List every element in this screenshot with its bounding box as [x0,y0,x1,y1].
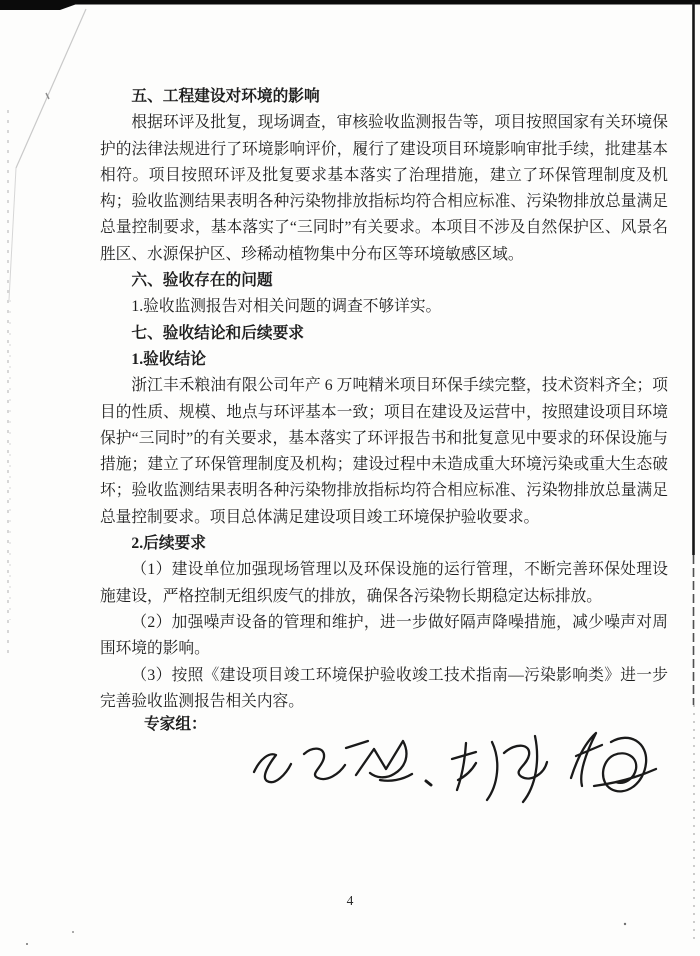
section-heading-5: 五、工程建设对环境的影响 [100,84,668,110]
handwritten-signature-3 [571,733,656,791]
handwritten-signature-1 [254,741,431,785]
section-6-paragraph: 1.验收监测报告对相关问题的调查不够详实。 [100,294,668,320]
scan-left-edge [8,110,10,660]
expert-signature-block: 专家组： [100,712,668,734]
conclusion-paragraph: 浙江丰禾粮油有限公司年产 6 万吨精米项目环保手续完整，技术资料齐全；项目的性质… [100,373,668,531]
followup-item-1: （1）建设单位加强现场管理以及环保设施的运行管理，不断完善环保处理设施建设，严格… [100,557,668,610]
followup-item-3: （3）按照《建设项目竣工环境保护验收竣工技术指南—污染影响类》进一步完善验收监测… [100,663,668,716]
section-heading-6: 六、验收存在的问题 [100,268,668,294]
scan-top-edge [0,0,700,10]
followup-item-2: （2）加强噪声设备的管理和维护，进一步做好隔声降噪措施，减少噪声对周围环境的影响… [100,610,668,663]
subheading-conclusion: 1.验收结论 [100,347,668,373]
scan-corner-diagonal [9,9,86,300]
page-number: 4 [0,893,700,909]
section-5-paragraph: 根据环评及批复，现场调查，审核验收监测报告等，项目按照国家有关环境保护的法律法规… [100,110,668,268]
handwritten-signature-2 [452,736,547,802]
scan-specks [26,923,626,945]
document-body: 五、工程建设对环境的影响 根据环评及批复，现场调查，审核验收监测报告等，项目按照… [100,84,668,715]
scan-right-edge [694,2,695,945]
scanned-document-page: 五、工程建设对环境的影响 根据环评及批复，现场调查，审核验收监测报告等，项目按照… [0,0,700,956]
handwritten-signatures [230,720,668,820]
subheading-followup: 2.后续要求 [100,531,668,557]
section-heading-7: 七、验收结论和后续要求 [100,321,668,347]
